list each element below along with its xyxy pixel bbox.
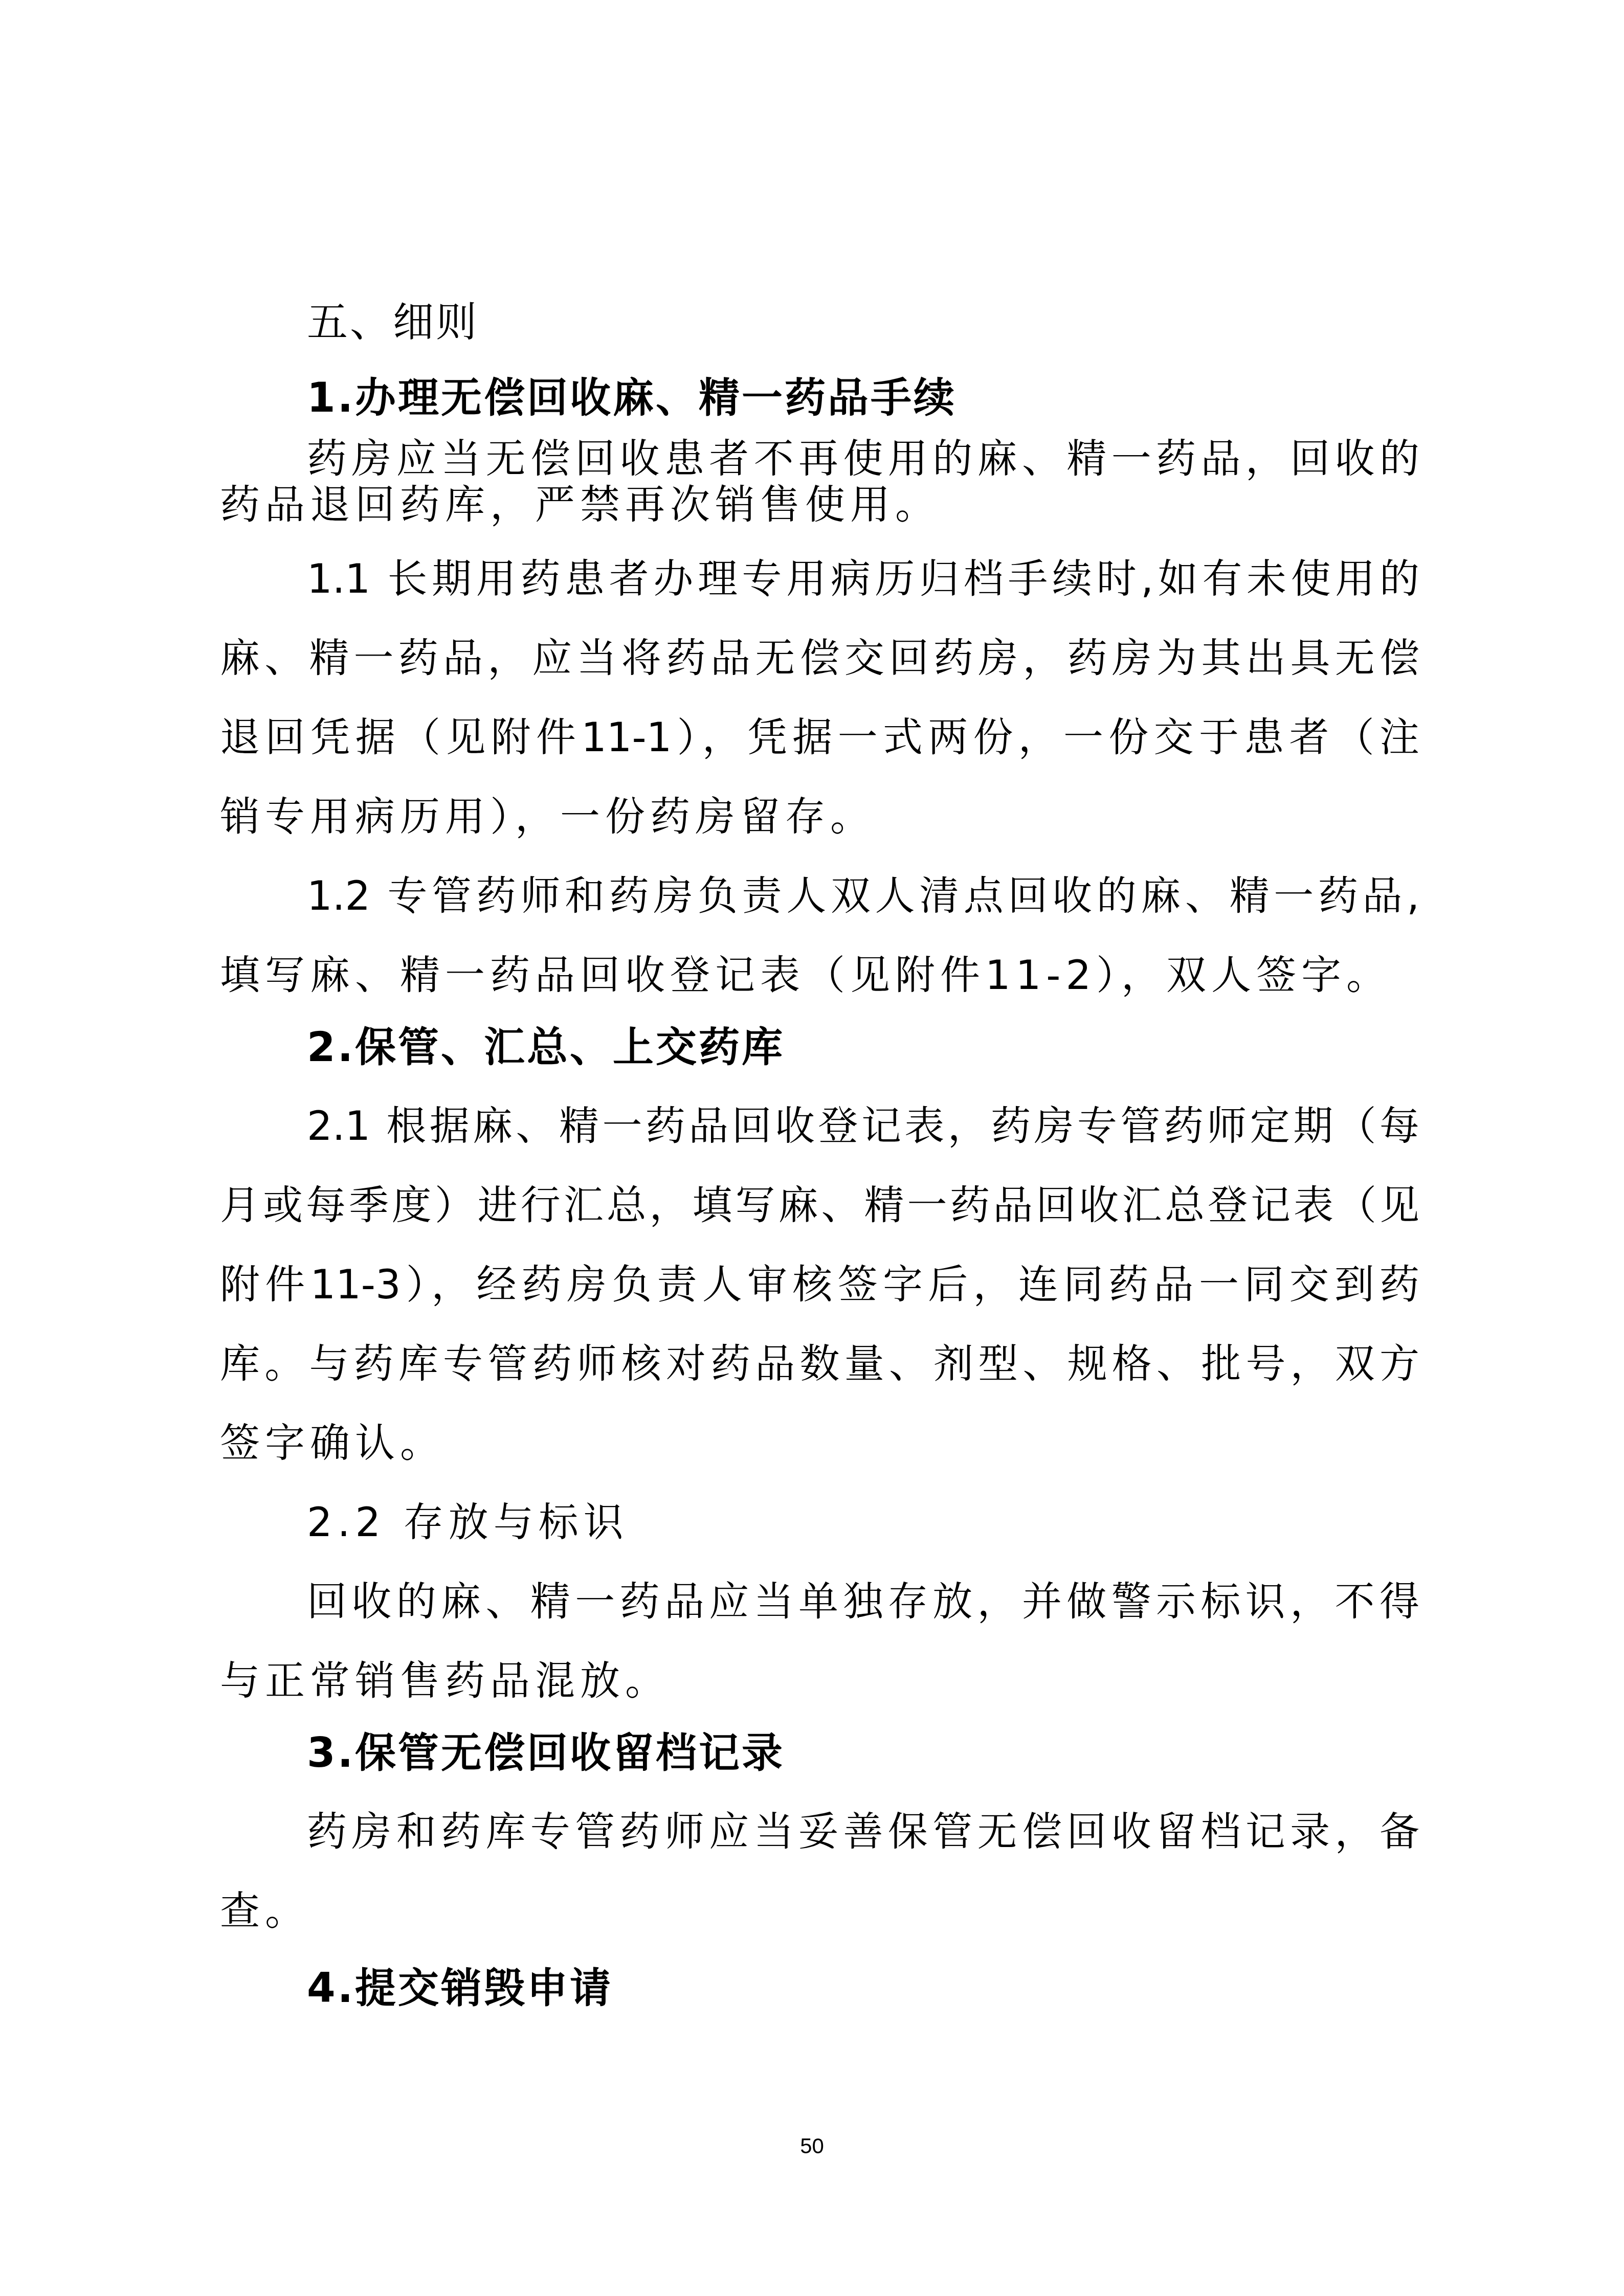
sub-2-1-line-4: 库。与药库专管药师核对药品数量、剂型、规格、批号，双方 [220, 1340, 1419, 1389]
heading-4: 4.提交销毁申请 [220, 1964, 613, 2013]
sub-2-1-line-3: 附件11-3），经药房负责人审核签字后，连同药品一同交到药 [220, 1260, 1419, 1310]
sub-2-2-line-2: 与正常销售药品混放。 [220, 1657, 670, 1706]
sub-1-1-line-2: 麻、精一药品，应当将药品无偿交回药房，药房为其出具无偿 [220, 634, 1419, 683]
para-3-line-1: 药房和药库专管药师应当妥善保管无偿回收留档记录，备 [220, 1808, 1419, 1857]
sub-1-2-line-1: 1.2 专管药师和药房负责人双人清点回收的麻、精一药品, [220, 872, 1419, 921]
para-3-line-2: 查。 [220, 1887, 310, 1936]
para-1-line-2: 药品退回药库，严禁再次销售使用。 [220, 481, 940, 530]
sub-2-2-title: 2.2 存放与标识 [220, 1498, 629, 1547]
sub-2-2-line-1: 回收的麻、精一药品应当单独存放，并做警示标识，不得 [220, 1578, 1419, 1627]
para-1-line-1: 药房应当无偿回收患者不再使用的麻、精一药品，回收的 [220, 435, 1419, 484]
sub-1-2-line-2: 填写麻、精一药品回收登记表（见附件11-2），双人签字。 [220, 951, 1391, 1000]
section-title: 五、细则 [220, 298, 479, 347]
sub-1-1-line-3: 退回凭据（见附件11-1），凭据一式两份，一份交于患者（注 [220, 713, 1419, 762]
heading-1: 1.办理无偿回收麻、精一药品手续 [220, 373, 956, 422]
page-number: 50 [0, 2133, 1624, 2159]
heading-2: 2.保管、汇总、上交药库 [220, 1023, 785, 1072]
sub-1-1-line-1: 1.1 长期用药患者办理专用病历归档手续时,如有未使用的 [220, 555, 1419, 604]
sub-1-1-line-4: 销专用病历用），一份药房留存。 [220, 793, 875, 842]
sub-2-1-line-5: 签字确认。 [220, 1419, 445, 1468]
sub-2-1-line-2: 月或每季度）进行汇总，填写麻、精一药品回收汇总登记表（见 [220, 1181, 1419, 1230]
heading-3: 3.保管无偿回收留档记录 [220, 1728, 785, 1777]
sub-2-1-line-1: 2.1 根据麻、精一药品回收登记表，药房专管药师定期（每 [220, 1102, 1419, 1151]
